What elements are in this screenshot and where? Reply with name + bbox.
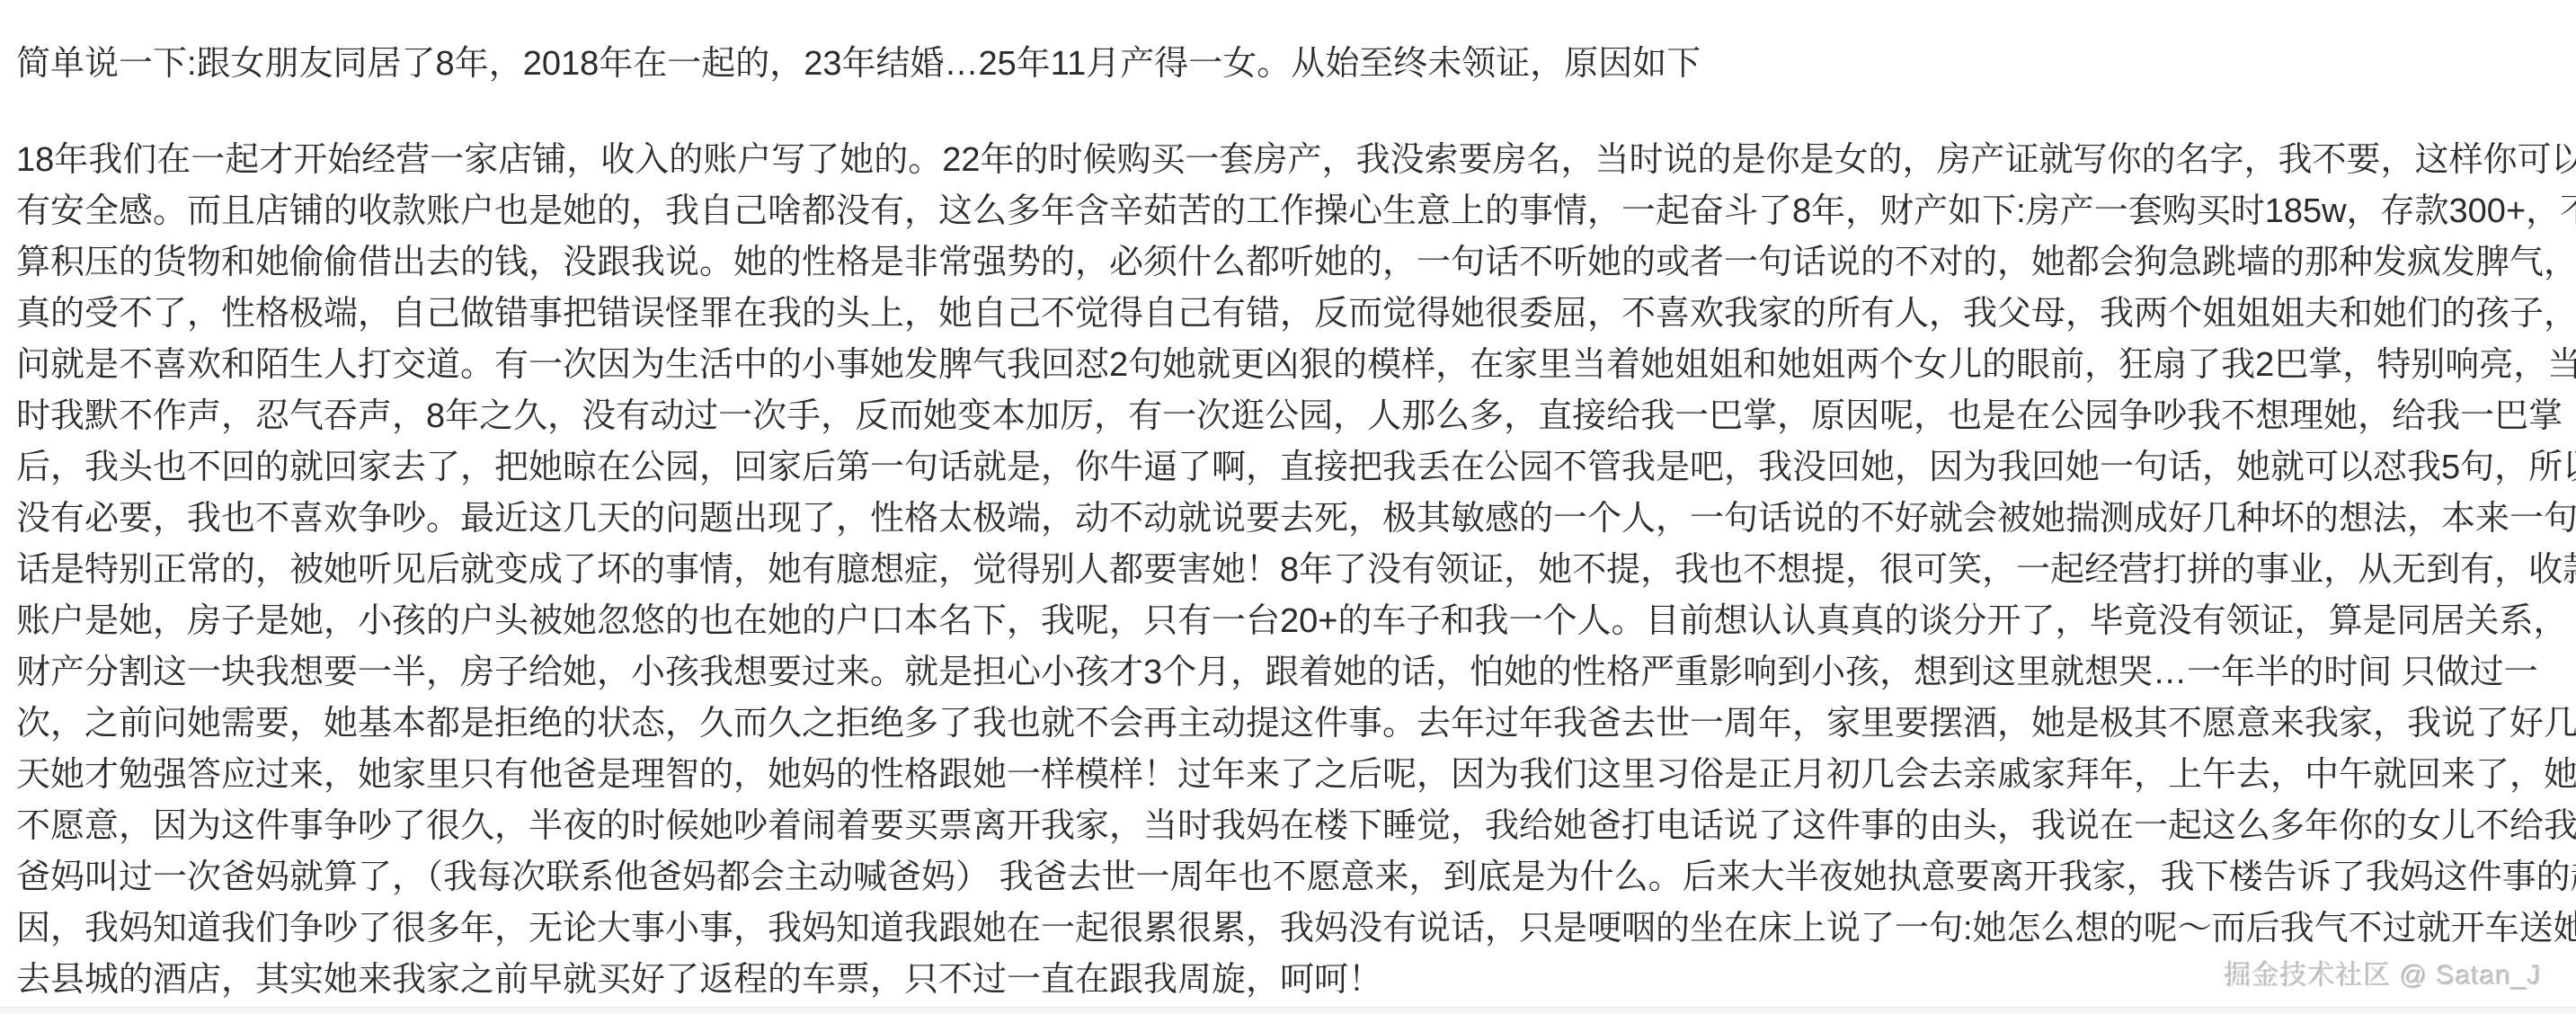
post-body: 18年我们在一起才开始经营一家店铺，收入的账户写了她的。22年的时候购买一套房产… xyxy=(16,135,2576,1006)
body-line: 财产分割这一块我想要一半，房子给她，小孩我想要过来。就是担心小孩才3个月，跟着她… xyxy=(16,647,2576,698)
body-line: 天她才勉强答应过来，她家里只有他爸是理智的，她妈的性格跟她一样模样！过年来了之后… xyxy=(16,750,2576,801)
body-line: 问就是不喜欢和陌生人打交道。有一次因为生活中的小事她发脾气我回怼2句她就更凶狠的… xyxy=(16,340,2576,391)
body-line: 后，我头也不回的就回家去了，把她晾在公园，回家后第一句话就是，你牛逼了啊，直接把… xyxy=(16,442,2576,494)
body-line: 有安全感。而且店铺的收款账户也是她的，我自己啥都没有，这么多年含辛茹苦的工作操心… xyxy=(16,186,2576,237)
body-line: 去县城的酒店，其实她来我家之前早就买好了返程的车票，只不过一直在跟我周旋，呵呵！ xyxy=(16,955,2576,1006)
bottom-edge-divider xyxy=(0,1007,2576,1014)
juejin-watermark: 掘金技术社区 @ Satan_J xyxy=(2225,953,2542,992)
body-line: 时我默不作声，忍气吞声，8年之久，没有动过一次手，反而她变本加厉，有一次逛公园，… xyxy=(16,391,2576,442)
body-line: 次，之前问她需要，她基本都是拒绝的状态，久而久之拒绝多了我也就不会再主动提这件事… xyxy=(16,698,2576,750)
body-line: 真的受不了，性格极端，自己做错事把错误怪罪在我的头上，她自己不觉得自己有错，反而… xyxy=(16,289,2576,340)
body-line: 没有必要，我也不喜欢争吵。最近这几天的问题出现了，性格太极端，动不动就说要去死，… xyxy=(16,494,2576,545)
body-line: 因，我妈知道我们争吵了很多年，无论大事小事，我妈知道我跟她在一起很累很累，我妈没… xyxy=(16,903,2576,955)
body-line: 不愿意，因为这件事争吵了很久，半夜的时候她吵着闹着要买票离开我家，当时我妈在楼下… xyxy=(16,801,2576,852)
body-line: 18年我们在一起才开始经营一家店铺，收入的账户写了她的。22年的时候购买一套房产… xyxy=(16,135,2576,186)
body-line: 账户是她，房子是她，小孩的户头被她忽悠的也在她的户口本名下，我呢，只有一台20+… xyxy=(16,596,2576,647)
post-title: 简单说一下:跟女朋友同居了8年，2018年在一起的，23年结婚…25年11月产得… xyxy=(16,40,1701,88)
body-line: 爸妈叫过一次爸妈就算了，（我每次联系他爸妈都会主动喊爸妈） 我爸去世一周年也不愿… xyxy=(16,852,2576,903)
body-line: 算积压的货物和她偷偷借出去的钱，没跟我说。她的性格是非常强势的，必须什么都听她的… xyxy=(16,237,2576,289)
body-line: 话是特别正常的，被她听见后就变成了坏的事情，她有臆想症，觉得别人都要害她！8年了… xyxy=(16,545,2576,596)
